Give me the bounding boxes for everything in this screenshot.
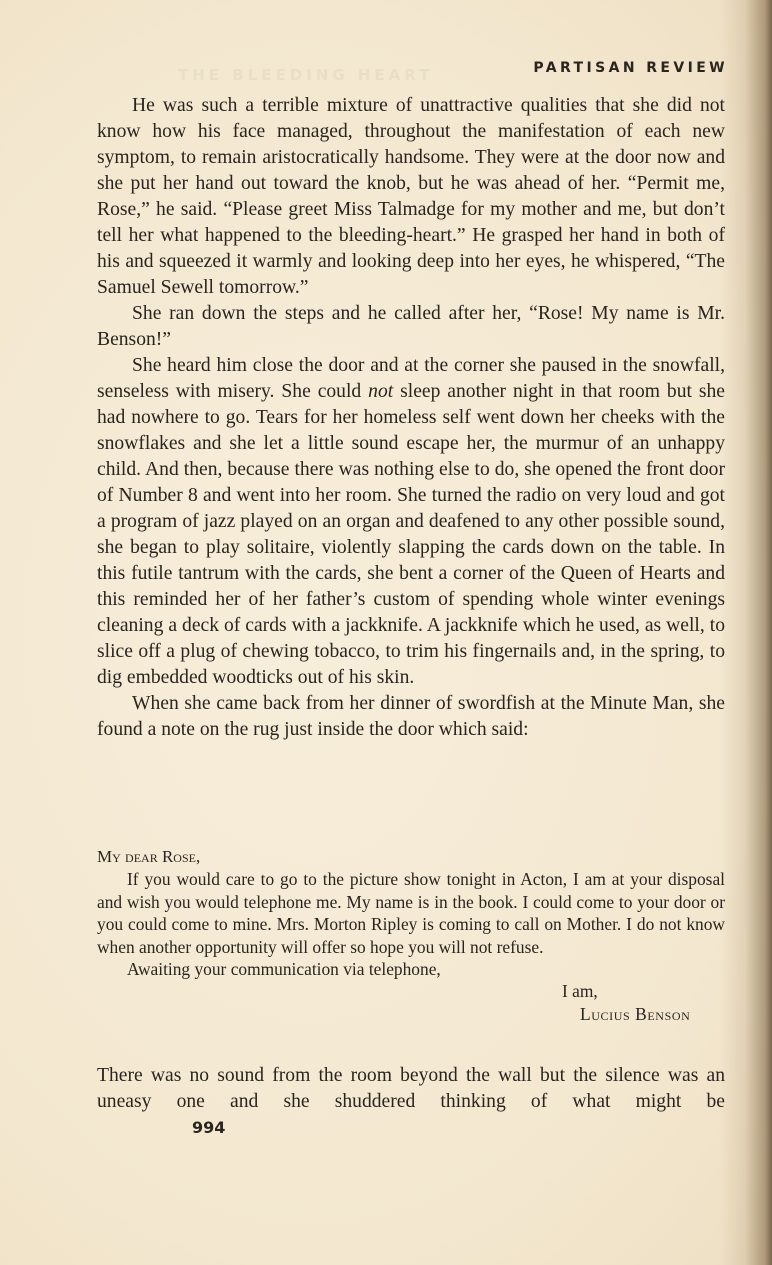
paragraph: There was no sound from the room beyond … — [97, 1063, 725, 1115]
quoted-letter: My dear Rose, If you would care to go to… — [97, 846, 725, 1025]
page-number: 994 — [192, 1118, 225, 1137]
show-through-running-head: THE BLEEDING HEART — [178, 66, 433, 84]
paragraph: He was such a terrible mixture of unattr… — [97, 93, 725, 301]
paragraph: When she came back from her dinner of sw… — [97, 691, 725, 743]
letter-closing-line: Awaiting your communication via telephon… — [97, 958, 725, 980]
italic-emphasis: not — [368, 381, 393, 402]
letter-body: If you would care to go to the picture s… — [97, 868, 725, 958]
letter-signature: Lucius Benson — [97, 1003, 725, 1025]
paragraph: She ran down the steps and he called aft… — [97, 301, 725, 353]
paragraph-text: sleep another night in that room but she… — [97, 381, 725, 688]
letter-salutation: My dear Rose, — [97, 846, 725, 868]
letter-valediction: I am, — [97, 980, 725, 1002]
running-head: PARTISAN REVIEW — [508, 60, 728, 76]
body-text: He was such a terrible mixture of unattr… — [97, 93, 725, 743]
book-page: THE BLEEDING HEART PARTISAN REVIEW He wa… — [0, 0, 772, 1265]
final-paragraph: There was no sound from the room beyond … — [97, 1063, 725, 1115]
paragraph: She heard him close the door and at the … — [97, 353, 725, 691]
